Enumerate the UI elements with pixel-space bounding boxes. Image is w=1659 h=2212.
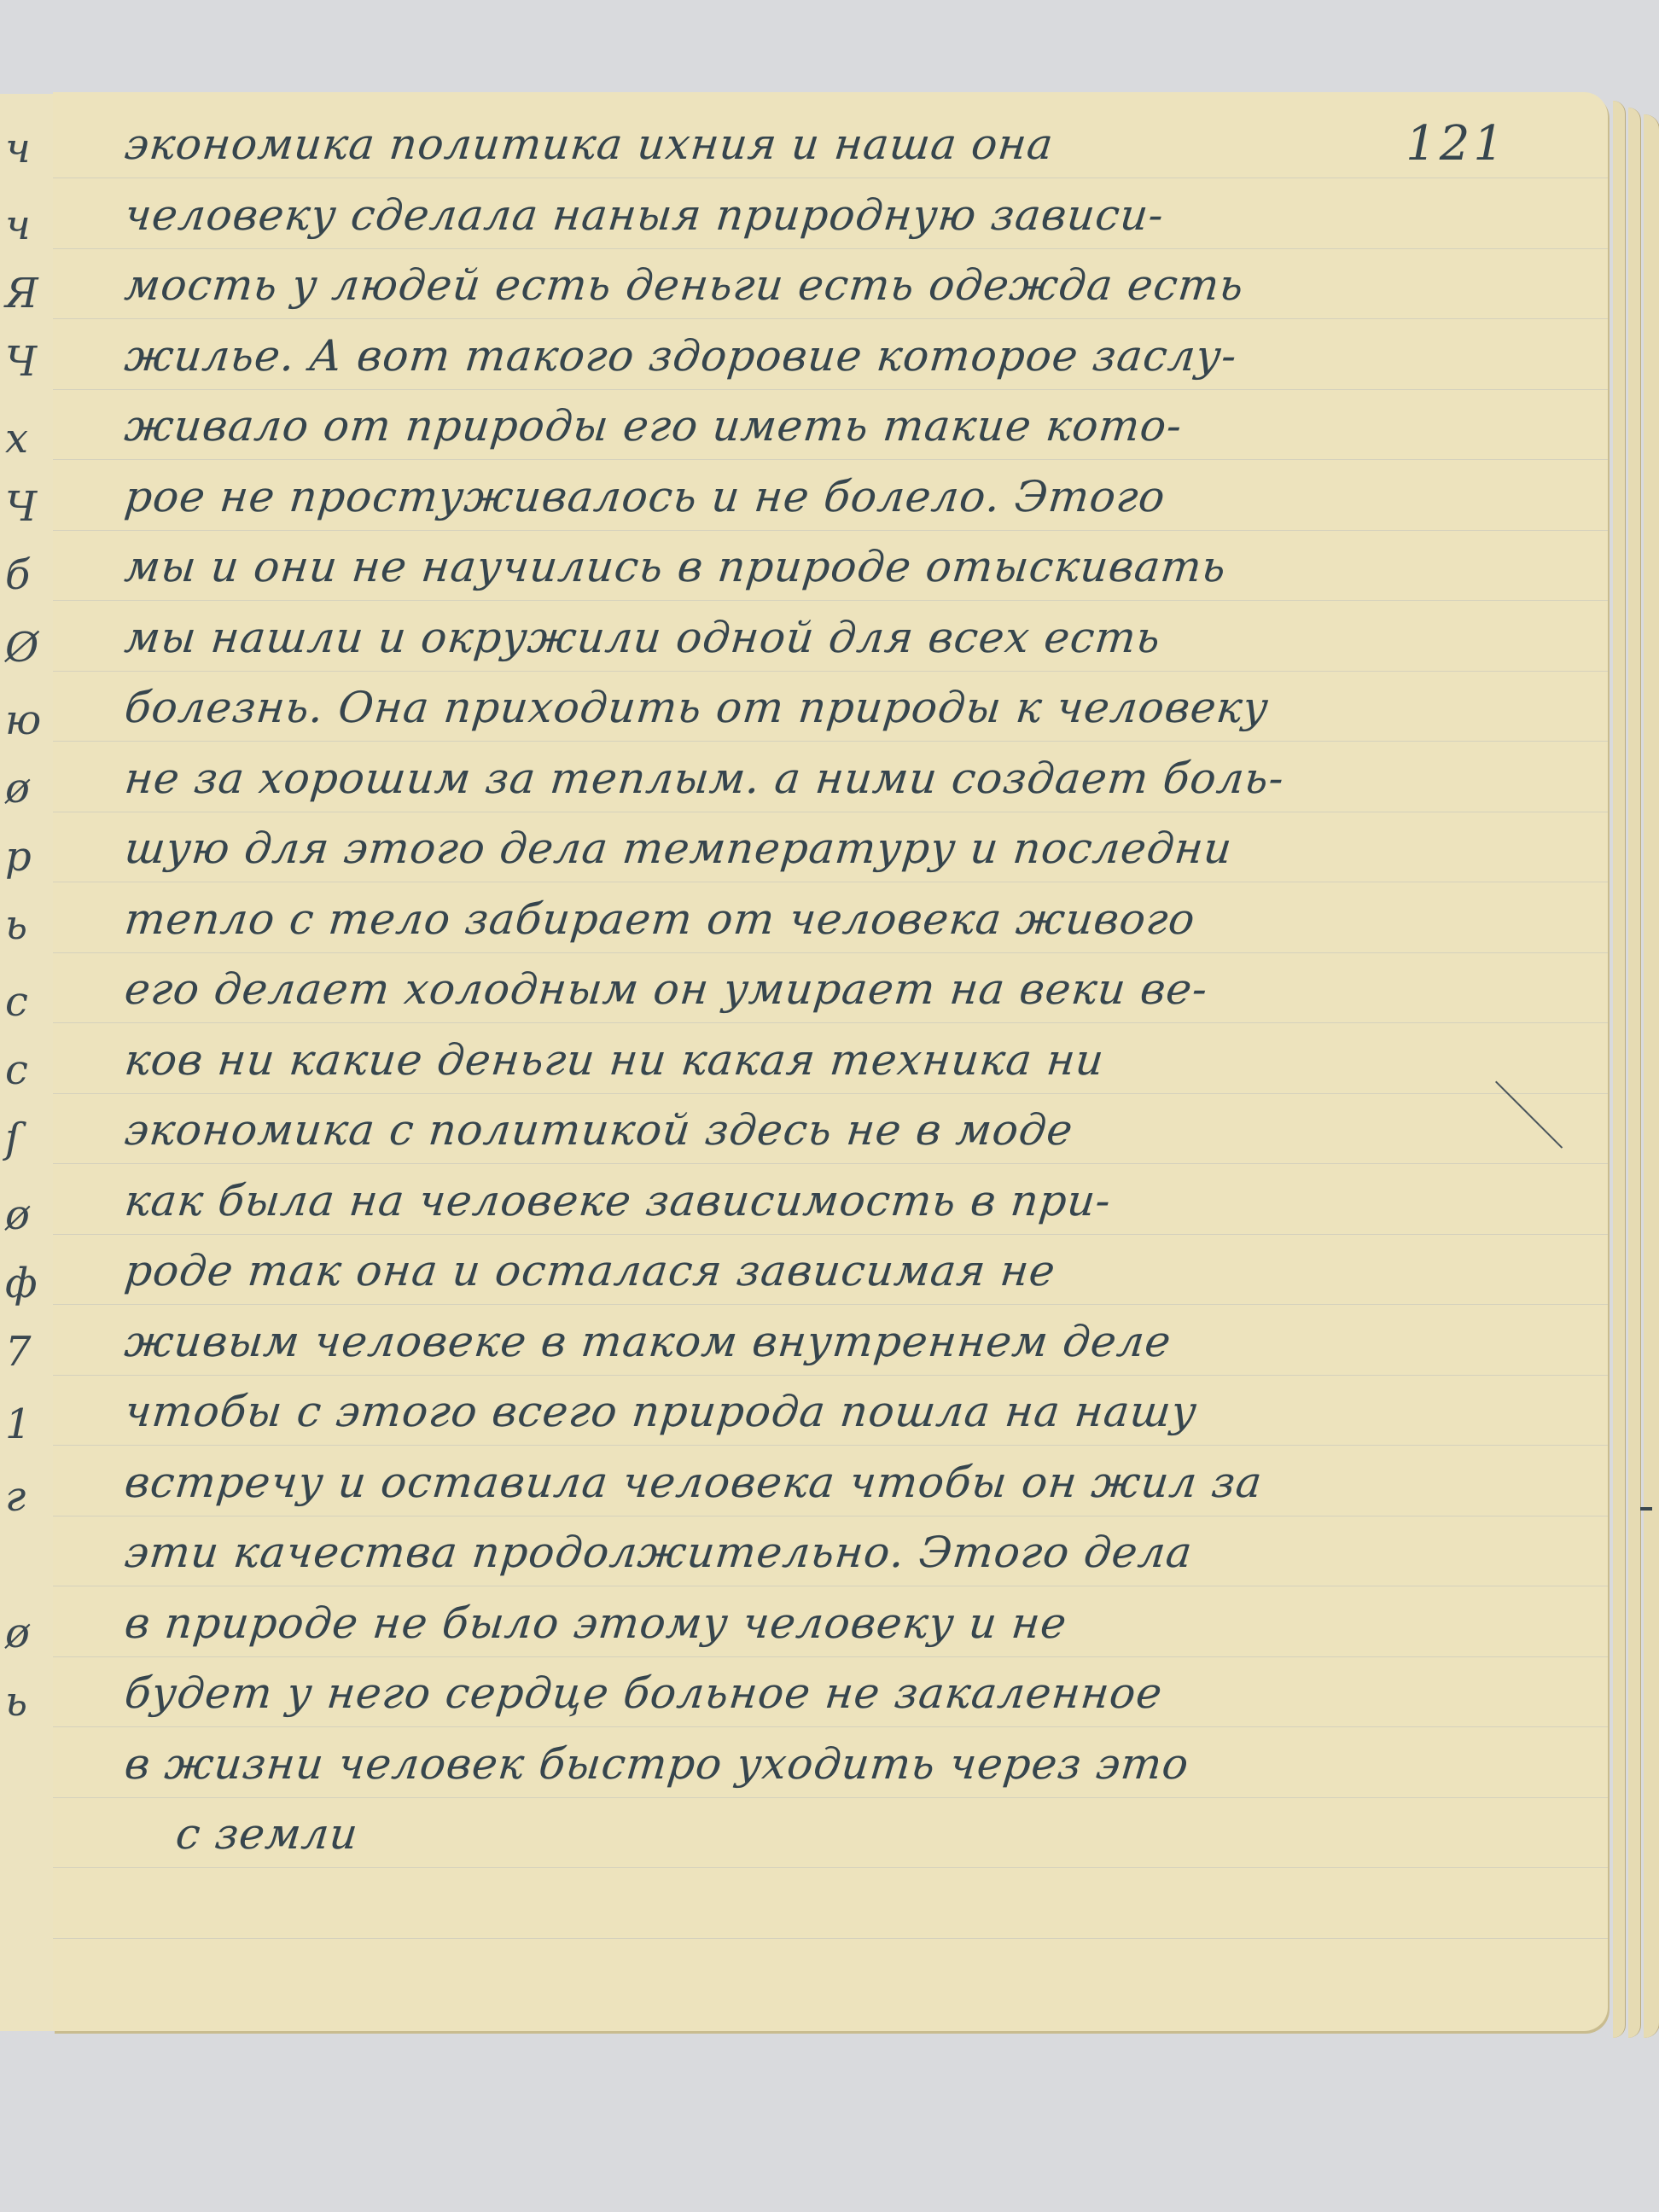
text-line: болезнь. Она приходить от природы к чело…	[121, 672, 1580, 743]
text-line: шую для этого дела температуру и последн…	[121, 813, 1580, 884]
page-stack-edge	[1613, 101, 1626, 2038]
text-line: ков ни какие деньги ни какая техника ни	[121, 1025, 1580, 1096]
adjacent-page-fragment: 7	[5, 1331, 32, 1372]
text-line: жилье. А вот такого здоровие которое зас…	[121, 321, 1580, 392]
adjacent-page-fragment: Я	[5, 273, 38, 314]
adjacent-page-fragment: г	[5, 1476, 26, 1517]
adjacent-page-fragment: ь	[5, 1681, 27, 1722]
text-line: роде так она и осталася зависимая не	[121, 1236, 1580, 1307]
adjacent-page-fragment: ч	[5, 205, 31, 246]
notebook-page: 121 экономика политика ихния и наша она …	[53, 92, 1608, 2031]
adjacent-page-edge: ч ч Я Ч х Ч б Ø ю ø р ь с с ſ ø ф 7 1 г …	[0, 94, 55, 2031]
text-line: человеку сделала наныя природную зависи-	[121, 180, 1580, 251]
page-stack-edge	[1644, 114, 1659, 2038]
text-line: мы и они не научились в природе отыскива…	[121, 532, 1580, 602]
adjacent-page-fragment: Ч	[5, 341, 37, 382]
text-line: экономика политика ихния и наша она	[121, 109, 1580, 180]
text-line: эти качества продолжительно. Этого дела	[121, 1517, 1580, 1588]
text-line: встречу и оставила человека чтобы он жил…	[121, 1447, 1580, 1518]
adjacent-page-fragment: х	[5, 418, 28, 459]
adjacent-page-fragment: ø	[5, 1613, 30, 1654]
text-line: его делает холодным он умирает на веки в…	[121, 954, 1580, 1025]
adjacent-page-fragment: ч	[5, 128, 31, 169]
ruled-line	[53, 1938, 1608, 1939]
text-line: тепло с тело забирает от человека живого	[121, 884, 1580, 955]
text-line: с земли	[121, 1799, 1580, 1870]
text-line: в природе не было этому человеку и не	[121, 1588, 1580, 1659]
text-line: чтобы с этого всего природа пошла на наш…	[121, 1377, 1580, 1447]
text-line: не за хорошим за теплым. а ними создает …	[121, 743, 1580, 814]
adjacent-page-fragment: ь	[5, 905, 27, 946]
margin-tick-mark	[1640, 1507, 1652, 1511]
text-line: будет у него сердце больное не закаленно…	[121, 1658, 1580, 1729]
adjacent-page-fragment: с	[5, 1050, 28, 1091]
text-line: как была на человеке зависимость в при-	[121, 1166, 1580, 1237]
adjacent-page-fragment: Ø	[5, 627, 38, 668]
adjacent-page-fragment: ф	[5, 1263, 38, 1304]
adjacent-page-fragment: б	[5, 555, 30, 596]
text-line: рое не простуживалось и не болело. Этого	[121, 462, 1580, 533]
adjacent-page-fragment: 1	[5, 1404, 32, 1445]
adjacent-page-fragment: р	[5, 836, 32, 877]
text-line: в жизни человек быстро уходить через это	[121, 1729, 1580, 1800]
text-line: мость у людей есть деньги есть одежда ес…	[121, 250, 1580, 321]
text-line: мы нашли и окружили одной для всех есть	[121, 602, 1580, 673]
adjacent-page-fragment: ø	[5, 768, 30, 809]
text-line: живало от природы его иметь такие кото-	[121, 391, 1580, 462]
adjacent-page-fragment: Ч	[5, 486, 37, 527]
page-stack-edge	[1628, 108, 1641, 2038]
handwritten-text: экономика политика ихния и наша она чело…	[121, 109, 1572, 1870]
adjacent-page-fragment: с	[5, 981, 28, 1022]
adjacent-page-fragment: ſ	[5, 1118, 20, 1159]
text-line: экономика с политикой здесь не в моде	[121, 1095, 1580, 1166]
adjacent-page-fragment: ю	[5, 700, 41, 741]
adjacent-page-fragment: ø	[5, 1195, 30, 1236]
text-line: живым человеке в таком внутреннем деле	[121, 1307, 1580, 1377]
